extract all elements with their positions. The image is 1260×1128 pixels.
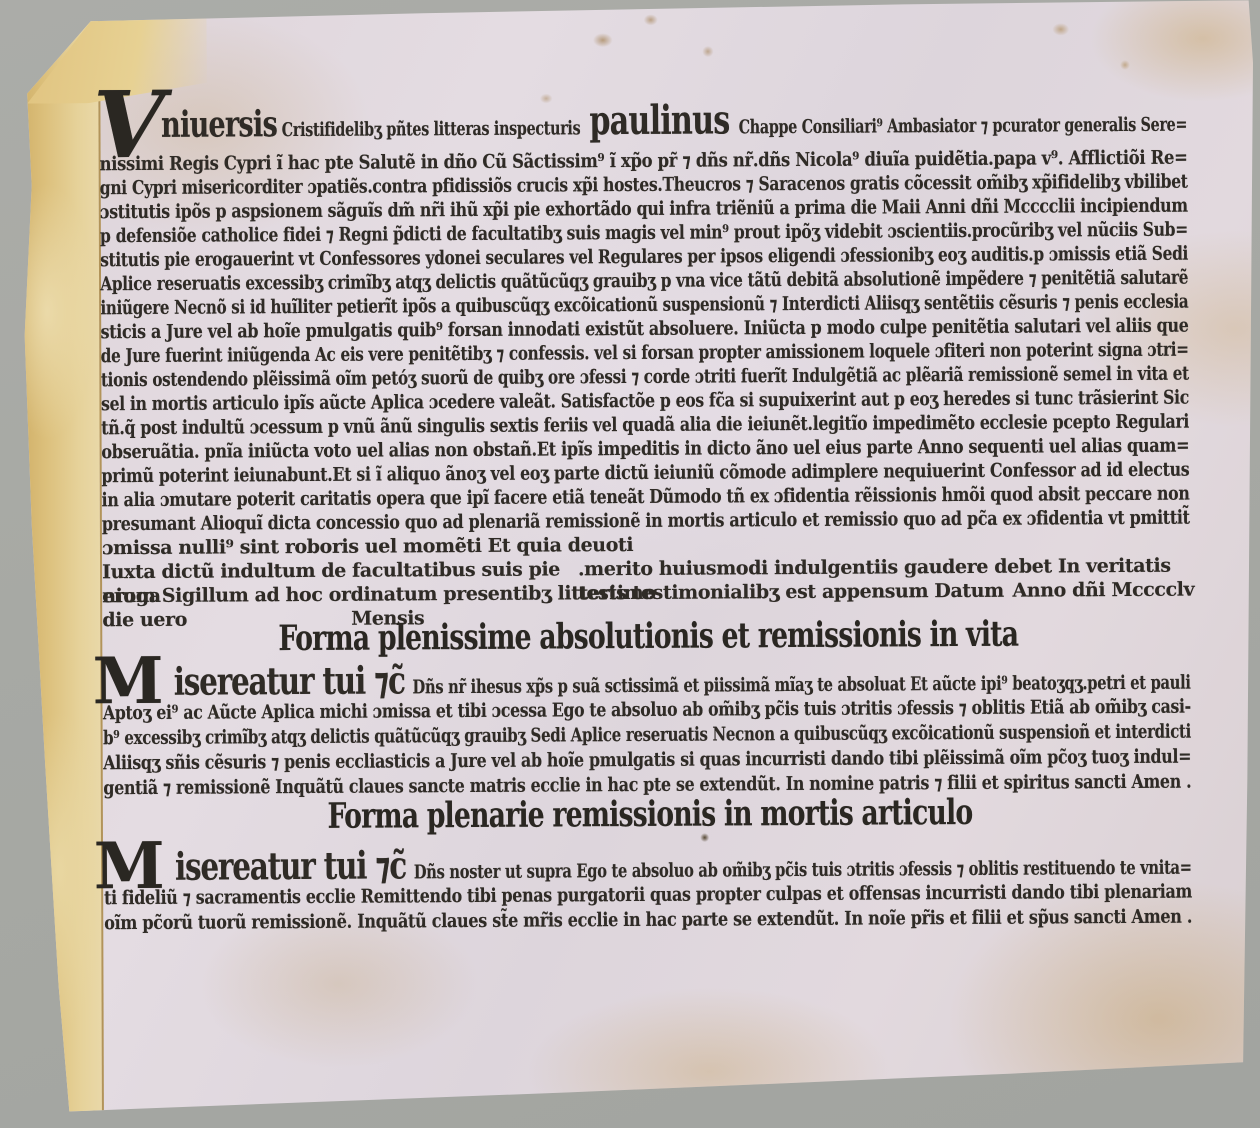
- eroga-left: Iuxta dictũ indultum de facultatibus sui…: [102, 557, 578, 584]
- parchment-sheet: V niuersis Cristifidelibʒ pñtes litteras…: [3, 0, 1260, 1118]
- line1-text: Chappe Consiliari⁹ Ambasiator ⁊ pcurator…: [739, 114, 1188, 139]
- word-paulinus: paulinus: [585, 96, 734, 144]
- misereatur-lead: isereatur tui ⁊c̃: [175, 842, 414, 888]
- printed-text: V niuersis Cristifidelibʒ pñtes litteras…: [99, 0, 1198, 1117]
- heading-forma-plenarie: Forma plenarie remissionis in mortis art…: [103, 791, 1195, 839]
- text-line: V niuersis Cristifidelibʒ pñtes litteras…: [99, 93, 1191, 153]
- absolution-vita-paragraph: M isereatur tui ⁊c̃Dñs nr̃ ihesus xp̃s p…: [103, 659, 1196, 802]
- main-text-block: V niuersis Cristifidelibʒ pñtes litteras…: [99, 93, 1194, 633]
- line1-text: Cristifidelibʒ pñtes litteras inspecturi…: [282, 117, 581, 141]
- text-line: oĩm pc̃orũ tuorũ remissionẽ. Inquãtũ cla…: [104, 905, 1196, 937]
- anno-domini: Anno dñi Mcccclv: [1012, 578, 1194, 603]
- opening-word: niuersis: [161, 103, 277, 146]
- absolution-mortis-paragraph: M isereatur tui ⁊c̃Dñs noster ut supra E…: [104, 844, 1197, 937]
- misereatur-lead: isereatur tui ⁊c̃: [174, 657, 413, 703]
- heading-forma-plenissime: Forma plenissime absolutionis et remissi…: [102, 613, 1194, 661]
- stained-left-edge: [16, 11, 104, 1111]
